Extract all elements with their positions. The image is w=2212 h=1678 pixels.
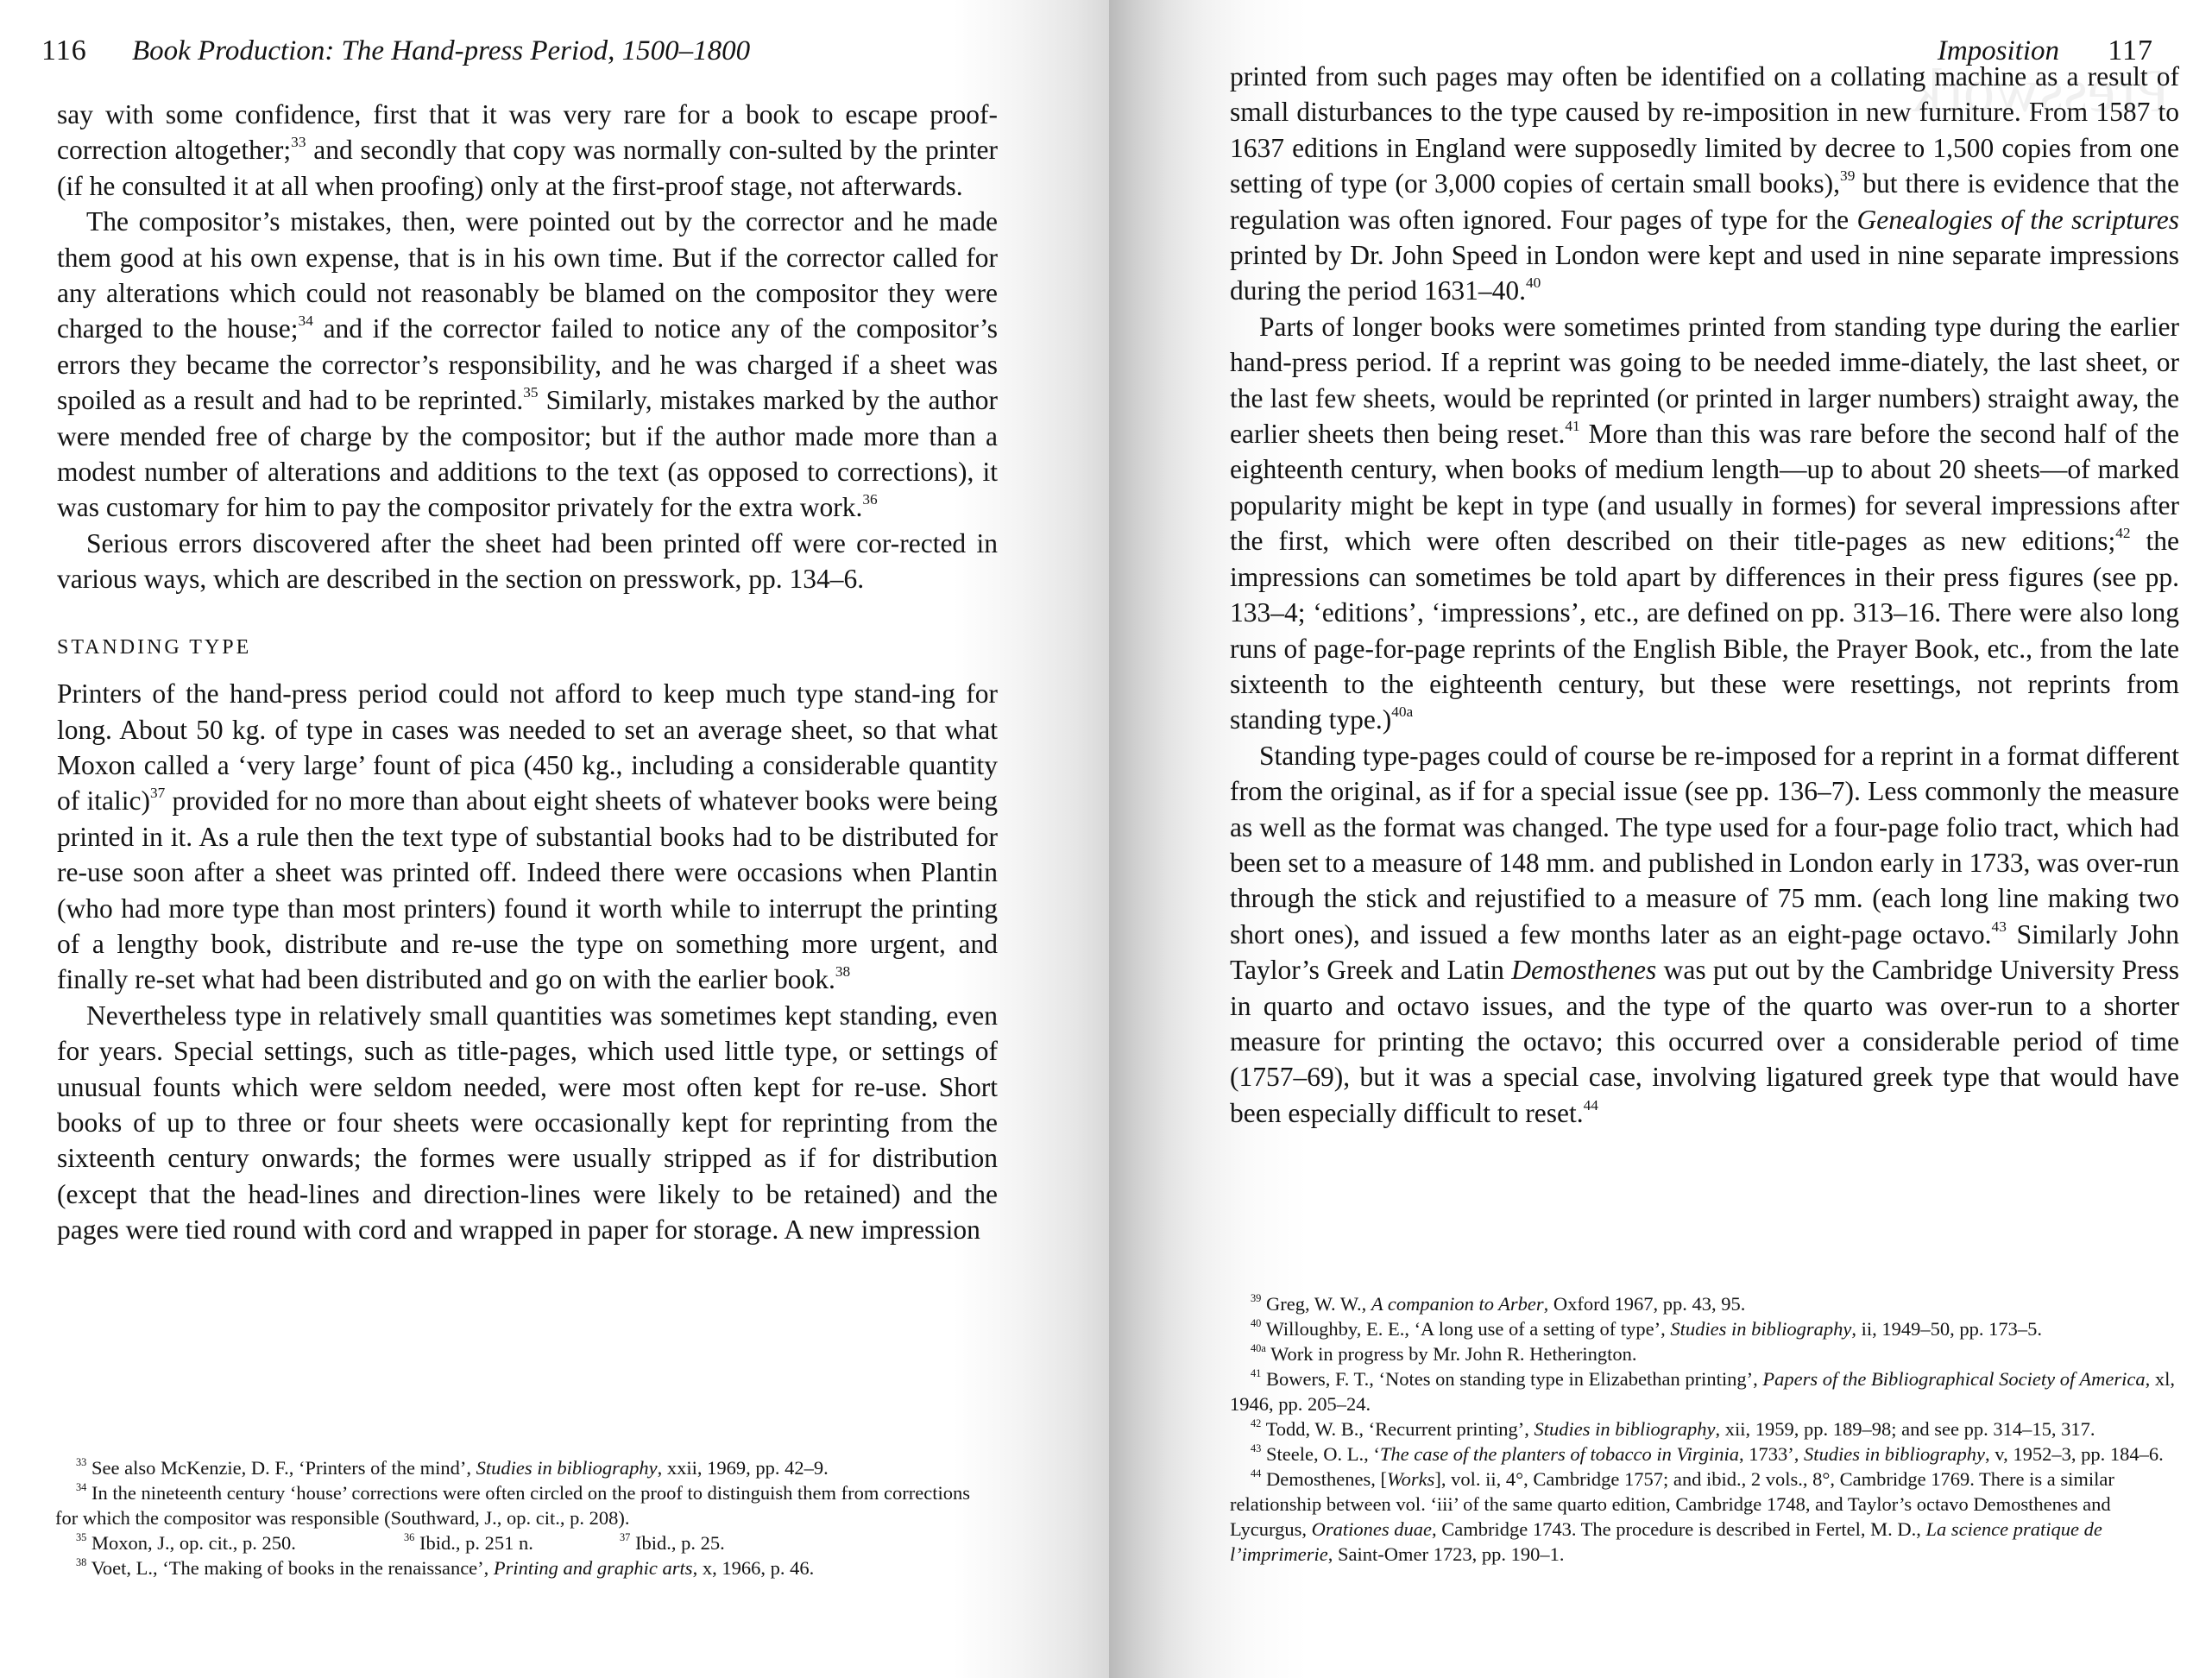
italic-text: Papers of the Bibliographical Society of… [1762, 1368, 2145, 1390]
text-run: , xii, 1959, pp. 189–98; and see pp. 314… [1715, 1418, 2095, 1440]
body-text-left: say with some confidence, first that it … [57, 97, 998, 1248]
footnote-ref: 40 [1526, 275, 1541, 292]
footnote-ref: 41 [1565, 418, 1579, 434]
paragraph: Parts of longer books were sometimes pri… [1230, 309, 2179, 738]
section-heading: Standing type [57, 630, 998, 666]
footnotes-left: 33 See also McKenzie, D. F., ‘Printers o… [55, 1455, 996, 1580]
text-run: , ii, 1949–50, pp. 173–5. [1851, 1318, 2042, 1340]
italic-text: Studies in bibliography [476, 1457, 658, 1479]
footnote: 39 Greg, W. W., A companion to Arber, Ox… [1230, 1291, 2179, 1316]
footnote: 44 Demosthenes, [Works], vol. ii, 4°, Ca… [1230, 1467, 2179, 1567]
italic-text: The case of the planters of tobacco in V… [1380, 1443, 1739, 1465]
footnote-ref: 37 [150, 785, 165, 801]
text-run: Todd, W. B., ‘Recurrent printing’, [1266, 1418, 1535, 1440]
footnote-number: 40 [1251, 1317, 1261, 1329]
italic-text: Studies in bibliography [1670, 1318, 1851, 1340]
text-run: Work in progress by Mr. John R. Hetherin… [1270, 1343, 1636, 1365]
paragraph: Nevertheless type in relatively small qu… [57, 998, 998, 1248]
footnote-number: 44 [1251, 1467, 1261, 1479]
footnote-ref: 34 [299, 313, 313, 330]
running-head-left: 116 Book Production: The Hand-press Peri… [41, 35, 750, 67]
text-run: , Oxford 1967, pp. 43, 95. [1544, 1293, 1746, 1315]
paragraph: printed from such pages may often be ide… [1230, 59, 2179, 309]
body-text-right: printed from such pages may often be ide… [1230, 59, 2179, 1131]
italic-text: Works [1387, 1468, 1434, 1490]
footnote-ref: 39 [1840, 167, 1855, 184]
footnote-ref: 44 [1584, 1097, 1598, 1113]
text-run: Bowers, F. T., ‘Notes on standing type i… [1266, 1368, 1762, 1390]
italic-text: A companion to Arber [1371, 1293, 1544, 1315]
text-run: Demosthenes, [ [1266, 1468, 1387, 1490]
text-run: , xxii, 1969, pp. 42–9. [658, 1457, 829, 1479]
footnote: 35 Moxon, J., op. cit., p. 250. [55, 1530, 383, 1555]
text-run: Voet, L., ‘The making of books in the re… [91, 1557, 494, 1579]
italic-text: Genealogies of the scriptures [1857, 205, 2180, 235]
italic-text: Studies in bibliography [1534, 1418, 1715, 1440]
text-run: , 1733’, [1739, 1443, 1804, 1465]
text-run: , Cambridge 1743. The procedure is descr… [1432, 1518, 1926, 1540]
footnote-ref: 35 [523, 384, 538, 401]
paragraph: say with some confidence, first that it … [57, 97, 998, 204]
footnote-ref: 40a [1391, 703, 1413, 720]
footnote: 37 Ibid., p. 25. [599, 1530, 725, 1555]
footnotes-right: 39 Greg, W. W., A companion to Arber, Ox… [1230, 1291, 2179, 1567]
footnote-ref: 42 [2115, 525, 2130, 541]
footnote-number: 35 [76, 1531, 86, 1543]
footnote-number: 33 [76, 1456, 86, 1468]
footnote-ref: 36 [862, 492, 877, 508]
footnote-number: 36 [404, 1531, 414, 1543]
footnote-ref: 43 [1992, 918, 2007, 935]
footnote-number: 34 [76, 1481, 86, 1493]
text-run: provided for no more than about eight sh… [57, 785, 998, 994]
footnote-ref: 33 [291, 135, 306, 151]
footnote: 43 Steele, O. L., ‘The case of the plant… [1230, 1441, 2179, 1467]
footnote-row: 35 Moxon, J., op. cit., p. 250.36 Ibid.,… [55, 1530, 996, 1555]
text-run: , v, 1952–3, pp. 184–6. [1985, 1443, 2164, 1465]
text-run: See also McKenzie, D. F., ‘Printers of t… [91, 1457, 476, 1479]
footnote: 33 See also McKenzie, D. F., ‘Printers o… [55, 1455, 996, 1480]
footnote-number: 38 [76, 1556, 86, 1568]
paragraph: The compositor’s mistakes, then, were po… [57, 204, 998, 526]
footnote: 38 Voet, L., ‘The making of books in the… [55, 1555, 996, 1580]
left-page: 116 Book Production: The Hand-press Peri… [0, 0, 1109, 1678]
footnote: 40a Work in progress by Mr. John R. Heth… [1230, 1341, 2179, 1366]
footnote: 34 In the nineteenth century ‘house’ cor… [55, 1480, 996, 1530]
right-page: Presswork Imposition 117 printed from su… [1109, 0, 2212, 1678]
footnote-number: 43 [1251, 1442, 1261, 1454]
italic-text: Orationes duae [1312, 1518, 1432, 1540]
text-run: , x, 1966, p. 46. [693, 1557, 815, 1579]
text-run: printed by Dr. John Speed in London were… [1230, 240, 2179, 306]
paragraph: Standing type-pages could of course be r… [1230, 738, 2179, 1131]
text-run: , Saint-Omer 1723, pp. 190–1. [1328, 1543, 1565, 1565]
footnote: 40 Willoughby, E. E., ‘A long use of a s… [1230, 1316, 2179, 1341]
footnote-number: 39 [1251, 1292, 1261, 1304]
text-run: Standing type-pages could of course be r… [1230, 741, 2179, 949]
text-run: Greg, W. W., [1266, 1293, 1371, 1315]
text-run: Serious errors discovered after the shee… [57, 528, 998, 594]
section-paragraphs: Printers of the hand-press period could … [57, 676, 998, 1248]
paragraph: Printers of the hand-press period could … [57, 676, 998, 998]
footnote: 41 Bowers, F. T., ‘Notes on standing typ… [1230, 1366, 2179, 1416]
footnote-number: 37 [620, 1531, 630, 1543]
text-run: Willoughby, E. E., ‘A long use of a sett… [1266, 1318, 1671, 1340]
footnote: 36 Ibid., p. 251 n. [383, 1530, 599, 1555]
paragraphs: say with some confidence, first that it … [57, 97, 998, 597]
footnote-number: 41 [1251, 1367, 1261, 1379]
footnote-number: 40a [1251, 1342, 1266, 1354]
italic-text: Printing and graphic arts [494, 1557, 693, 1579]
running-head-title: Book Production: The Hand-press Period, … [132, 35, 750, 66]
text-run: Steele, O. L., ‘ [1266, 1443, 1380, 1465]
italic-text: Studies in bibliography [1804, 1443, 1985, 1465]
text-run: the impressions can sometimes be told ap… [1230, 526, 2179, 735]
text-run: Nevertheless type in relatively small qu… [57, 1000, 998, 1245]
paragraphs: printed from such pages may often be ide… [1230, 59, 2179, 1131]
page-number: 116 [41, 35, 87, 66]
italic-text: Demosthenes [1511, 955, 1656, 985]
footnote-number: 42 [1251, 1417, 1261, 1429]
footnote: 42 Todd, W. B., ‘Recurrent printing’, St… [1230, 1416, 2179, 1441]
footnote-ref: 38 [835, 963, 850, 980]
text-run: In the nineteenth century ‘house’ correc… [55, 1482, 970, 1529]
paragraph: Serious errors discovered after the shee… [57, 526, 998, 597]
book-spread: 116 Book Production: The Hand-press Peri… [0, 0, 2212, 1678]
